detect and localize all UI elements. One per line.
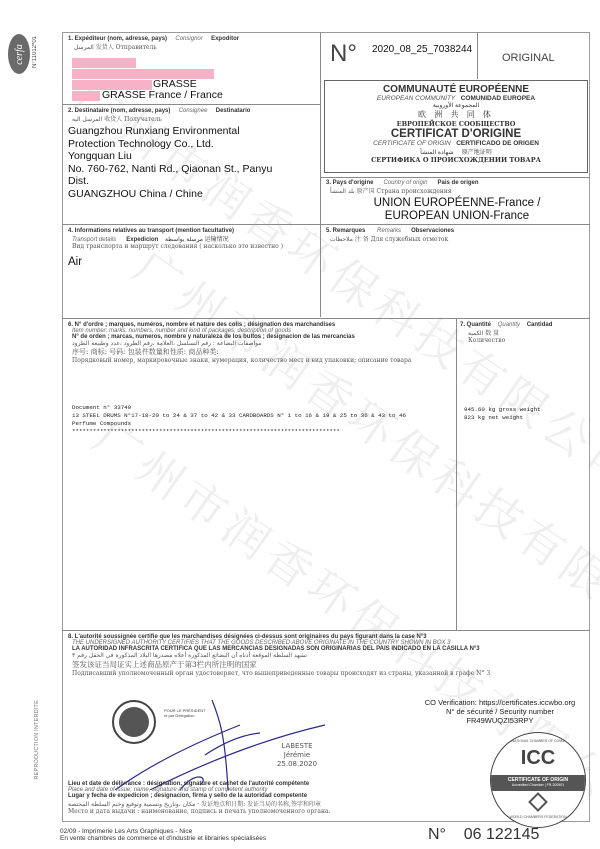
transport-label-ru: Вид транспорта и маршрут следования ( на…	[68, 243, 320, 250]
box-consignee: 2. Destinataire (nom, adresse, pays) Con…	[68, 108, 318, 200]
form-number-area: N° 06 122145	[428, 826, 539, 844]
icc-ring-top: INTERNATIONAL CHAMBER OF COMMERCE	[491, 739, 585, 743]
icc-emblem-icon	[528, 792, 548, 812]
form-number: 06 122145	[464, 826, 540, 843]
goods-line: Perfume Compounds	[72, 420, 452, 428]
consignee-label-es: Destinatario	[216, 108, 251, 114]
quantity-label-ru: Количество	[460, 337, 588, 344]
security-label: N° de sécurité / Security number	[410, 707, 590, 716]
box-certification: 8. L'autorité soussignée certifie que le…	[68, 634, 588, 677]
quantity-line: 945.60 kg gross weight	[464, 406, 588, 414]
certificate-title-ru: СЕРТИФИКА О ПРОИСХОЖДЕНИИ ТОВАРА	[326, 156, 586, 164]
verification-block: CO Verification: https://certificates.ic…	[410, 698, 590, 725]
goods-entries: Document n° 33749 13 STEEL DRUMS N°17-18…	[72, 404, 452, 436]
consignee-line: GUANGZHOU China / Chine	[68, 188, 318, 201]
consignee-line: Dist.	[68, 175, 318, 188]
signatory-first-name: Jérémie	[262, 751, 332, 760]
certification-ar: تشهد السلطة الموقعة أدناه أن البضائع الم…	[68, 652, 588, 659]
consignee-label-multi: المرسل اليه 收货人 Получатель	[68, 114, 318, 123]
certificate-title-fr: CERTIFICAT D'ORIGINE	[326, 128, 586, 140]
box-goods-description: 6. N° d'ordre ; marques, numéros, nombre…	[68, 322, 454, 364]
community-ar: المجموعة الأوروبية	[326, 102, 586, 109]
remarks-label-multi: ملاحظات 注 备 Для служебных отметок	[326, 234, 588, 243]
goods-label-zh: 序号: 商标: 号码: 包装件数量和性质: 商品种类:	[68, 347, 454, 357]
issue-place-labels: Lieu et date de délivrance : désignation…	[68, 781, 488, 815]
origin-label-multi: بلد المنشأ 原产国 Страна происхождения	[326, 186, 588, 195]
place-label-ar-zh: مكان ،وتاريخ وتسمية وتوقيع وختم السلطة ا…	[68, 799, 488, 808]
certificate-title-en: CERTIFICATE OF ORIGIN	[373, 140, 451, 147]
number-symbol: N°	[330, 40, 357, 67]
quantity-label-en: Quantity	[498, 322, 520, 328]
quantity-line: 823 kg net weight	[464, 414, 588, 422]
issue-date: 25.08.2020	[262, 760, 332, 769]
community-es: COMUNIDAD EUROPEA	[461, 95, 535, 102]
goods-line: 13 STEEL DRUMS N°17-18-20 to 24 & 37 to …	[72, 412, 452, 420]
redacted-field	[72, 91, 100, 101]
goods-label-ar: مواصفات البضاعة : رقم التسلسل ،العلامة ،…	[68, 340, 454, 347]
consignee-line: No. 760-762, Nanti Rd., Qiaonan St., Pan…	[68, 163, 318, 176]
box-remarks: 5. Remarques Remarks Observaciones ملاحظ…	[326, 228, 588, 243]
consignor-label-en: Consignor	[175, 36, 202, 42]
certificate-ref: 2020_08_25_7038244	[372, 44, 472, 55]
goods-line: Document n° 33749	[72, 404, 452, 412]
quantity-label-ar-zh: الكمية 数 量	[460, 328, 588, 337]
consignor-label-multi: المرسل 发货人 Отправитель	[68, 42, 318, 51]
consignor-country: GRASSE France / France	[102, 89, 223, 102]
goods-line: ****************************************…	[72, 428, 452, 436]
community-zh: 欧 洲 共 同 体	[326, 109, 586, 120]
printer-line-1: 02/09 - Imprimerie Les Arts Graphiques -…	[60, 828, 266, 835]
security-number: FR49WUQZI53RPY	[410, 716, 590, 725]
box-consignor: 1. Expéditeur (nom, adresse, pays) Consi…	[68, 36, 318, 51]
icc-logo: ICC	[491, 747, 585, 770]
community-ru: ЕВРОПЕЙСКОЕ СООБЩЕСТВО	[326, 120, 586, 128]
icc-band-title: CERTIFICATE OF ORIGIN	[491, 775, 585, 783]
icc-ring-bottom: WORLD CHAMBERS FEDERATION	[491, 815, 585, 819]
icc-stamp: INTERNATIONAL CHAMBER OF COMMERCE ICC CE…	[490, 732, 586, 828]
reproduction-notice: REPRODUCTION INTERDITE	[34, 700, 40, 780]
quantity-entries: 945.60 kg gross weight 823 kg net weight	[464, 406, 588, 422]
place-label-ru: Место и дата выдачи : наименование, подп…	[68, 808, 488, 815]
consignee-line: Protection Technology Co., Ltd.	[68, 138, 318, 151]
consignee-line: Yongquan Liu	[68, 150, 318, 163]
certification-zh: 签发该证当局证实上述商品原产于第3栏内所注明的国家	[68, 659, 588, 670]
verification-url[interactable]: CO Verification: https://certificates.ic…	[410, 698, 590, 707]
icc-band-sub: Accredited Chamber | FR-200901	[491, 783, 585, 787]
box-transport: 4. Informations relatives au transport (…	[68, 228, 320, 269]
certification-ru: Подписавший уполномоченный орган удостов…	[68, 670, 588, 677]
quantity-label-es: Cantidad	[527, 322, 553, 328]
redacted-field	[72, 58, 136, 68]
consignee-line: Guangzhou Runxiang Environmental	[68, 125, 318, 138]
copy-type: ORIGINAL	[502, 52, 555, 64]
cerfa-logo: cerfa	[8, 34, 30, 74]
origin-line-1: UNION EUROPÉENNE-France /	[326, 197, 588, 210]
consignee-address: Guangzhou Runxiang Environmental Protect…	[68, 125, 318, 200]
signatory-block: LABESTE Jérémie 25.08.2020	[262, 742, 332, 769]
box-quantity: 7. Quantité Quantity Cantidad الكمية 数 量…	[460, 322, 588, 344]
origin-line-2: EUROPEAN UNION-France	[326, 210, 588, 223]
printer-line-2: En vente chambres de commerce et d'indus…	[60, 835, 266, 842]
consignor-label-es: Expoditor	[211, 36, 239, 42]
transport-value: Air	[68, 256, 320, 269]
box-country-origin: 3. Pays d'origine Country of origin Pais…	[326, 180, 588, 223]
signatory-last-name: LABESTE	[262, 742, 332, 751]
community-en: EUROPEAN COMMUNITY	[377, 95, 455, 102]
form-number-symbol: N°	[428, 826, 446, 843]
printer-info: 02/09 - Imprimerie Les Arts Graphiques -…	[60, 828, 266, 842]
community-header: COMMUNAUTÉ EUROPÉENNE EUROPEAN COMMUNITY…	[326, 84, 586, 164]
consignee-label-en: Consignee	[179, 108, 208, 114]
cerfa-number: N°11012*01	[32, 36, 38, 68]
certificate-title-es: CERTIFICADO DE ORIGEN	[456, 140, 539, 147]
certificate-number-area: N°	[330, 40, 357, 68]
community-fr: COMMUNAUTÉ EUROPÉENNE	[326, 84, 586, 95]
goods-label-ru: Порядковый номер, маркировочные знаки, н…	[68, 357, 454, 364]
